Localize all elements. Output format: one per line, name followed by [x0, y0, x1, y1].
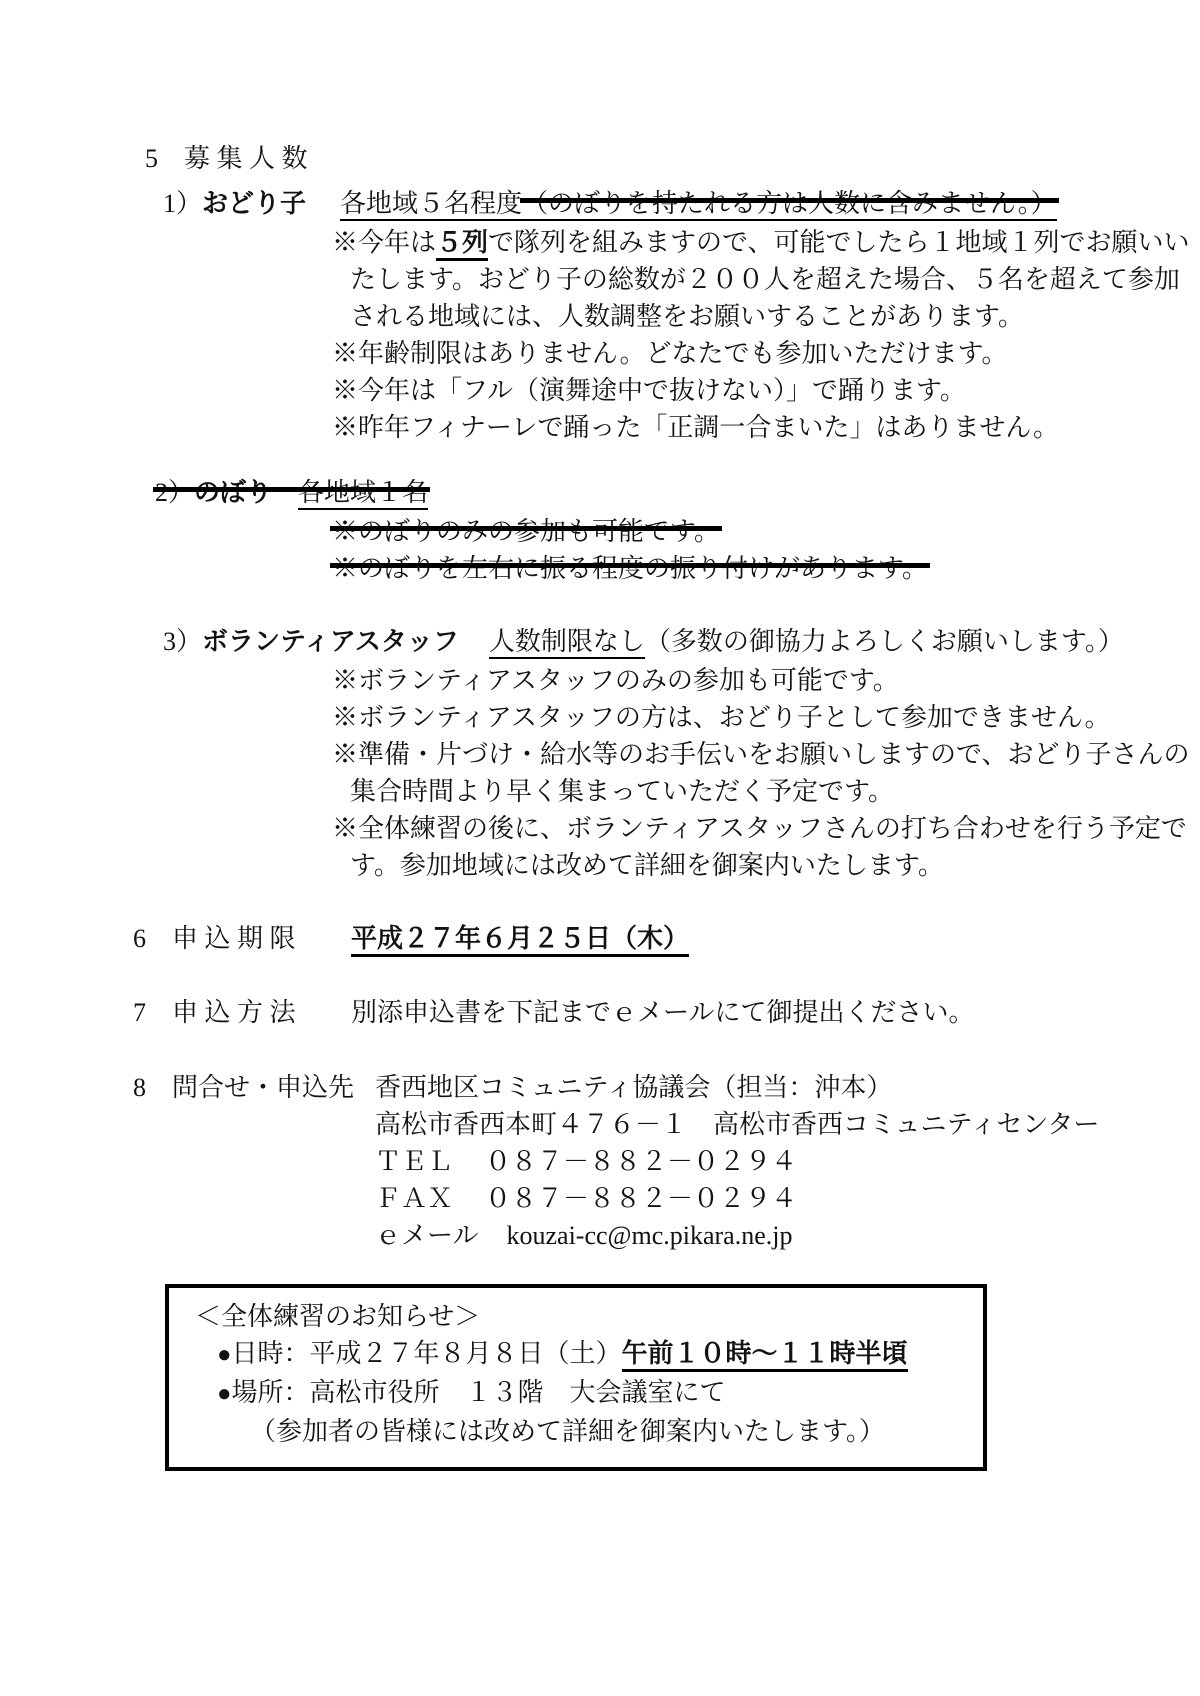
item1-number: 1） — [163, 189, 202, 218]
section7-row: 7 申 込 方 法別添申込書を下記までｅメールにて御提出ください。 — [133, 994, 1200, 1031]
item1-value-text: 各地域５名程度 — [340, 189, 522, 218]
box-datetime-text: 日時：平成２７年８月８日（土） — [232, 1339, 622, 1368]
bullet-icon: ● — [217, 1381, 232, 1407]
box-datetime-line: ●日時：平成２７年８月８日（土）午前１０時～１１時半頃 — [217, 1335, 965, 1374]
item2-row: 2）のぼり各地域１名 — [155, 474, 1200, 511]
note-line: ※ボランティアスタッフの方は、おどり子として参加できません。 — [332, 699, 1200, 736]
section8-row: 8 問合せ・申込先香西地区コミュニティ協議会（担当：沖本） — [133, 1069, 1200, 1106]
note-text: ※のぼりのみの参加も可能です。 — [332, 513, 720, 550]
tel-label: ＴＥＬ — [375, 1143, 457, 1180]
note-line: ※今年は「フル（演舞途中で抜けない）」で踊ります。 — [332, 372, 1200, 409]
section6-row: 6 申 込 期 限平成２７年６月２５日（木） — [133, 920, 1200, 957]
contact-org: 香西地区コミュニティ協議会（担当：沖本） — [375, 1073, 892, 1102]
item3-value: 人数制限なし — [489, 627, 645, 659]
item1-struck-note: （のぼりを持たれる方は人数に含みません。） — [522, 185, 1057, 222]
fax-number: ０８７－８８２－０２９４ — [485, 1184, 797, 1213]
note-text: で隊列を組みますので、可能でしたら１地域１列でお願いい — [488, 228, 1189, 257]
email-label: ｅメール — [375, 1217, 478, 1254]
section7-value: 別添申込書を下記までｅメールにて御提出ください。 — [351, 998, 974, 1027]
note-line: ※今年は５列で隊列を組みますので、可能でしたら１地域１列でお願いい — [332, 224, 1200, 261]
note-line: ※昨年フィナーレで踊った「正調一合まいた」はありません。 — [332, 409, 1200, 446]
section5-heading: 5 募 集 人 数 — [145, 140, 1200, 177]
note-line: ※年齢制限はありません。どなたでも参加いただけます。 — [332, 335, 1200, 372]
item2-number: 2） — [155, 478, 194, 507]
document-page: 5 募 集 人 数 1）おどり子各地域５名程度（のぼりを持たれる方は人数に含みま… — [0, 0, 1200, 1696]
note-line: たします。おどり子の総数が２００人を超えた場合、５名を超えて参加 — [332, 261, 1200, 298]
item1-value: 各地域５名程度（のぼりを持たれる方は人数に含みません。） — [340, 189, 1057, 221]
box-note-line: （参加者の皆様には改めて詳細を御案内いたします。） — [250, 1413, 965, 1450]
section6-value: 平成２７年６月２５日（木） — [351, 923, 689, 957]
item3-notes: ※ボランティアスタッフのみの参加も可能です。 ※ボランティアスタッフの方は、おど… — [332, 662, 1200, 884]
note-line-struck: ※のぼりを左右に振る程度の振り付けがあります。 — [332, 550, 1200, 587]
item3-value-suffix: （多数の御協力よろしくお願いします。） — [645, 627, 1124, 656]
box-title: ＜全体練習のお知らせ＞ — [195, 1298, 965, 1335]
section6-heading: 6 申 込 期 限 — [133, 920, 351, 957]
note-bold-5retsu: ５列 — [436, 227, 488, 261]
section8-heading: 8 問合せ・申込先 — [133, 1069, 375, 1106]
contact-address: 高松市香西本町４７６－１ 高松市香西コミュニティセンター — [375, 1106, 1200, 1143]
section7-heading: 7 申 込 方 法 — [133, 994, 351, 1031]
item2-notes: ※のぼりのみの参加も可能です。 ※のぼりを左右に振る程度の振り付けがあります。 — [332, 513, 1200, 587]
item1-row: 1）おどり子各地域５名程度（のぼりを持たれる方は人数に含みません。） — [163, 185, 1200, 222]
box-time-highlight: 午前１０時～１１時半頃 — [622, 1338, 908, 1372]
item1-label: おどり子 — [202, 188, 306, 218]
item3-row: 3）ボランティアスタッフ人数制限なし（多数の御協力よろしくお願いします。） — [163, 623, 1200, 660]
item3-label: ボランティアスタッフ — [202, 626, 459, 656]
item2-value: 各地域１名 — [298, 478, 428, 510]
note-line: す。参加地域には改めて詳細を御案内いたします。 — [332, 847, 1200, 884]
box-place-text: 場所：高松市役所 １３階 大会議室にて — [232, 1378, 726, 1407]
fax-label: ＦＡＸ — [375, 1180, 457, 1217]
email-address: kouzai-cc@mc.pikara.ne.jp — [506, 1221, 792, 1250]
item2-label: のぼり — [194, 477, 272, 507]
practice-notice-box: ＜全体練習のお知らせ＞ ●日時：平成２７年８月８日（土）午前１０時～１１時半頃 … — [165, 1284, 987, 1471]
item1-notes: ※今年は５列で隊列を組みますので、可能でしたら１地域１列でお願いい たします。お… — [332, 224, 1200, 446]
bullet-icon: ● — [217, 1342, 232, 1368]
note-line: される地域には、人数調整をお願いすることがあります。 — [332, 298, 1200, 335]
note-line: ※ボランティアスタッフのみの参加も可能です。 — [332, 662, 1200, 699]
box-place-line: ●場所：高松市役所 １３階 大会議室にて — [217, 1374, 965, 1413]
item3-number: 3） — [163, 627, 202, 656]
note-line: ※準備・片づけ・給水等のお手伝いをお願いしますので、おどり子さんの — [332, 736, 1200, 773]
item2-struck-group: 2）のぼり各地域１名 — [155, 474, 428, 511]
contact-fax-line: ＦＡＸ０８７－８８２－０２９４ — [375, 1180, 1200, 1217]
note-line: 集合時間より早く集まっていただく予定です。 — [332, 773, 1200, 810]
note-line-struck: ※のぼりのみの参加も可能です。 — [332, 513, 1200, 550]
tel-number: ０８７－８８２－０２９４ — [485, 1147, 797, 1176]
contact-email-line: ｅメールkouzai-cc@mc.pikara.ne.jp — [375, 1217, 1200, 1254]
note-line: ※全体練習の後に、ボランティアスタッフさんの打ち合わせを行う予定で — [332, 810, 1200, 847]
contact-tel-line: ＴＥＬ０８７－８８２－０２９４ — [375, 1143, 1200, 1180]
note-text: ※今年は — [332, 228, 436, 257]
note-text: ※のぼりを左右に振る程度の振り付けがあります。 — [332, 550, 928, 587]
